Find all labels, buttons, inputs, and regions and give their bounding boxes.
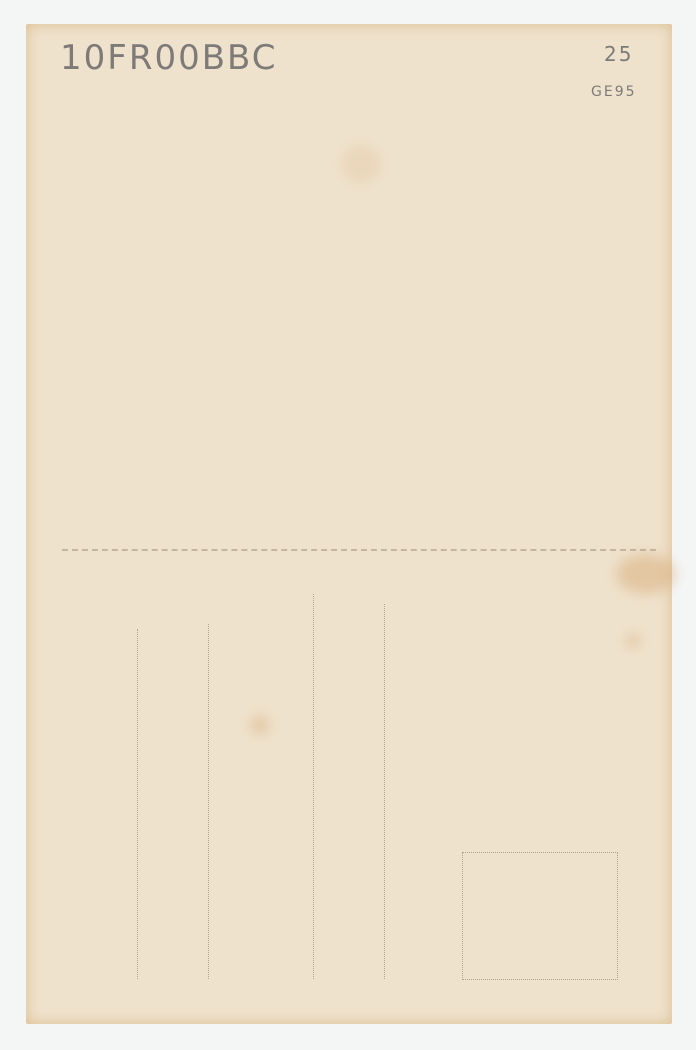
address-line <box>384 604 385 979</box>
foxing-stain <box>341 144 381 184</box>
reference-code: 10FR00BBC <box>60 38 278 78</box>
foxing-stain <box>616 554 676 594</box>
foxing-stain <box>251 716 269 734</box>
message-address-divider <box>62 549 656 551</box>
address-line <box>208 624 209 979</box>
postcard-back: 10FR00BBC 25 GE95 <box>26 24 672 1024</box>
foxing-stain <box>626 634 640 648</box>
address-line <box>313 594 314 979</box>
catalog-note: GE95 <box>591 84 637 100</box>
stamp-box <box>462 852 618 980</box>
address-line <box>137 629 138 979</box>
price-note: 25 <box>604 42 633 66</box>
